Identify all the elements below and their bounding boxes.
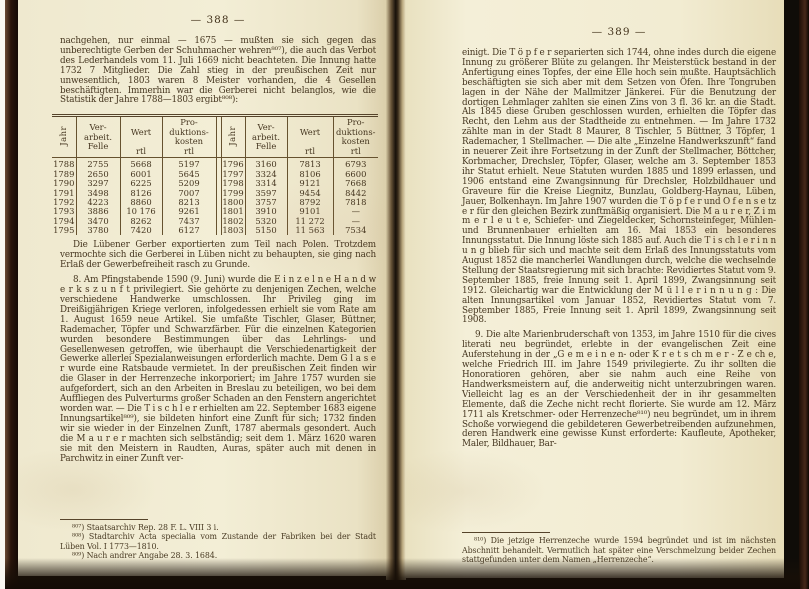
footnote-rule <box>462 532 550 533</box>
cell: 5150 <box>245 226 287 235</box>
cell: 6793 <box>333 158 378 170</box>
cell: 2755 <box>76 158 120 170</box>
header-verarbeitete-felle: Ver- arbeit. Felle <box>245 116 287 158</box>
page-number: — 389 — <box>462 26 776 38</box>
cell: 1795 <box>52 226 76 235</box>
table-row: 17882755566851971796316078136793 <box>52 158 378 170</box>
header-produktionskosten: Pro- duktions- kostenrtl <box>162 116 216 158</box>
paragraph-gerber-export: Die Lübener Gerber exportierten zum Teil… <box>60 241 376 271</box>
book-cover-right <box>799 0 809 589</box>
page-number: — 388 — <box>60 14 376 26</box>
page-388: — 388 — nachgehen, nur einmal — 1675 — m… <box>18 0 386 576</box>
gerber-statistics-table: Jahr Ver- arbeit. Felle Wertrtl Pro- duk… <box>52 114 378 235</box>
cell: 7420 <box>120 226 162 235</box>
book-gutter-shadow <box>386 0 406 580</box>
header-wert: Wertrtl <box>287 116 333 158</box>
footnotes-left: ⁸⁰⁷) Staatsarchiv Rep. 28 F. L. VIII 3 i… <box>60 519 376 560</box>
book-cover-left <box>5 0 18 589</box>
cell: 7534 <box>333 226 378 235</box>
cell: 5197 <box>162 158 216 170</box>
page-edge-stack <box>782 2 800 586</box>
cell: 3780 <box>76 226 120 235</box>
cell: 1803 <box>221 226 245 235</box>
cell: 3160 <box>245 158 287 170</box>
bottom-shadow <box>5 558 800 589</box>
header-produktionskosten: Pro- duktions- kostenrtl <box>333 116 378 158</box>
header-wert: Wertrtl <box>120 116 162 158</box>
page-389: — 389 — einigt. Die T ö p f e r separier… <box>406 0 784 578</box>
header-verarbeitete-felle: Ver- arbeit. Felle <box>76 116 120 158</box>
header-jahr: Jahr <box>52 116 76 158</box>
table-header-row: Jahr Ver- arbeit. Felle Wertrtl Pro- duk… <box>52 116 378 158</box>
header-jahr: Jahr <box>221 116 245 158</box>
cell: 5668 <box>120 158 162 170</box>
paragraph-toepfer-innungen: einigt. Die T ö p f e r separierten sich… <box>462 49 776 326</box>
footnote-rule <box>60 519 148 520</box>
cell: 11 563 <box>287 226 333 235</box>
cell: 6127 <box>162 226 216 235</box>
paragraph-gerber-statistics-intro: nachgehen, nur einmal — 1675 — mußten si… <box>60 37 376 106</box>
paragraph-einzelne-handwerkszunft: 8. Am Pfingstabende 1590 (9. Juni) wurde… <box>60 276 376 464</box>
table-row: 17953780742061271803515011 5637534 <box>52 226 378 235</box>
paragraph-marienbruderschaft: 9. Die alte Marienbruderschaft von 1353,… <box>462 331 776 450</box>
cell: 1796 <box>221 158 245 170</box>
cell: 1788 <box>52 158 76 170</box>
cell: 7813 <box>287 158 333 170</box>
footnote-807: ⁸⁰⁷) Staatsarchiv Rep. 28 F. L. VIII 3 i… <box>60 523 376 532</box>
book-photo: — 388 — nachgehen, nur einmal — 1675 — m… <box>0 0 809 589</box>
footnote-808: ⁸⁰⁸) Stadtarchiv Acta specialia vom Zust… <box>60 532 376 550</box>
